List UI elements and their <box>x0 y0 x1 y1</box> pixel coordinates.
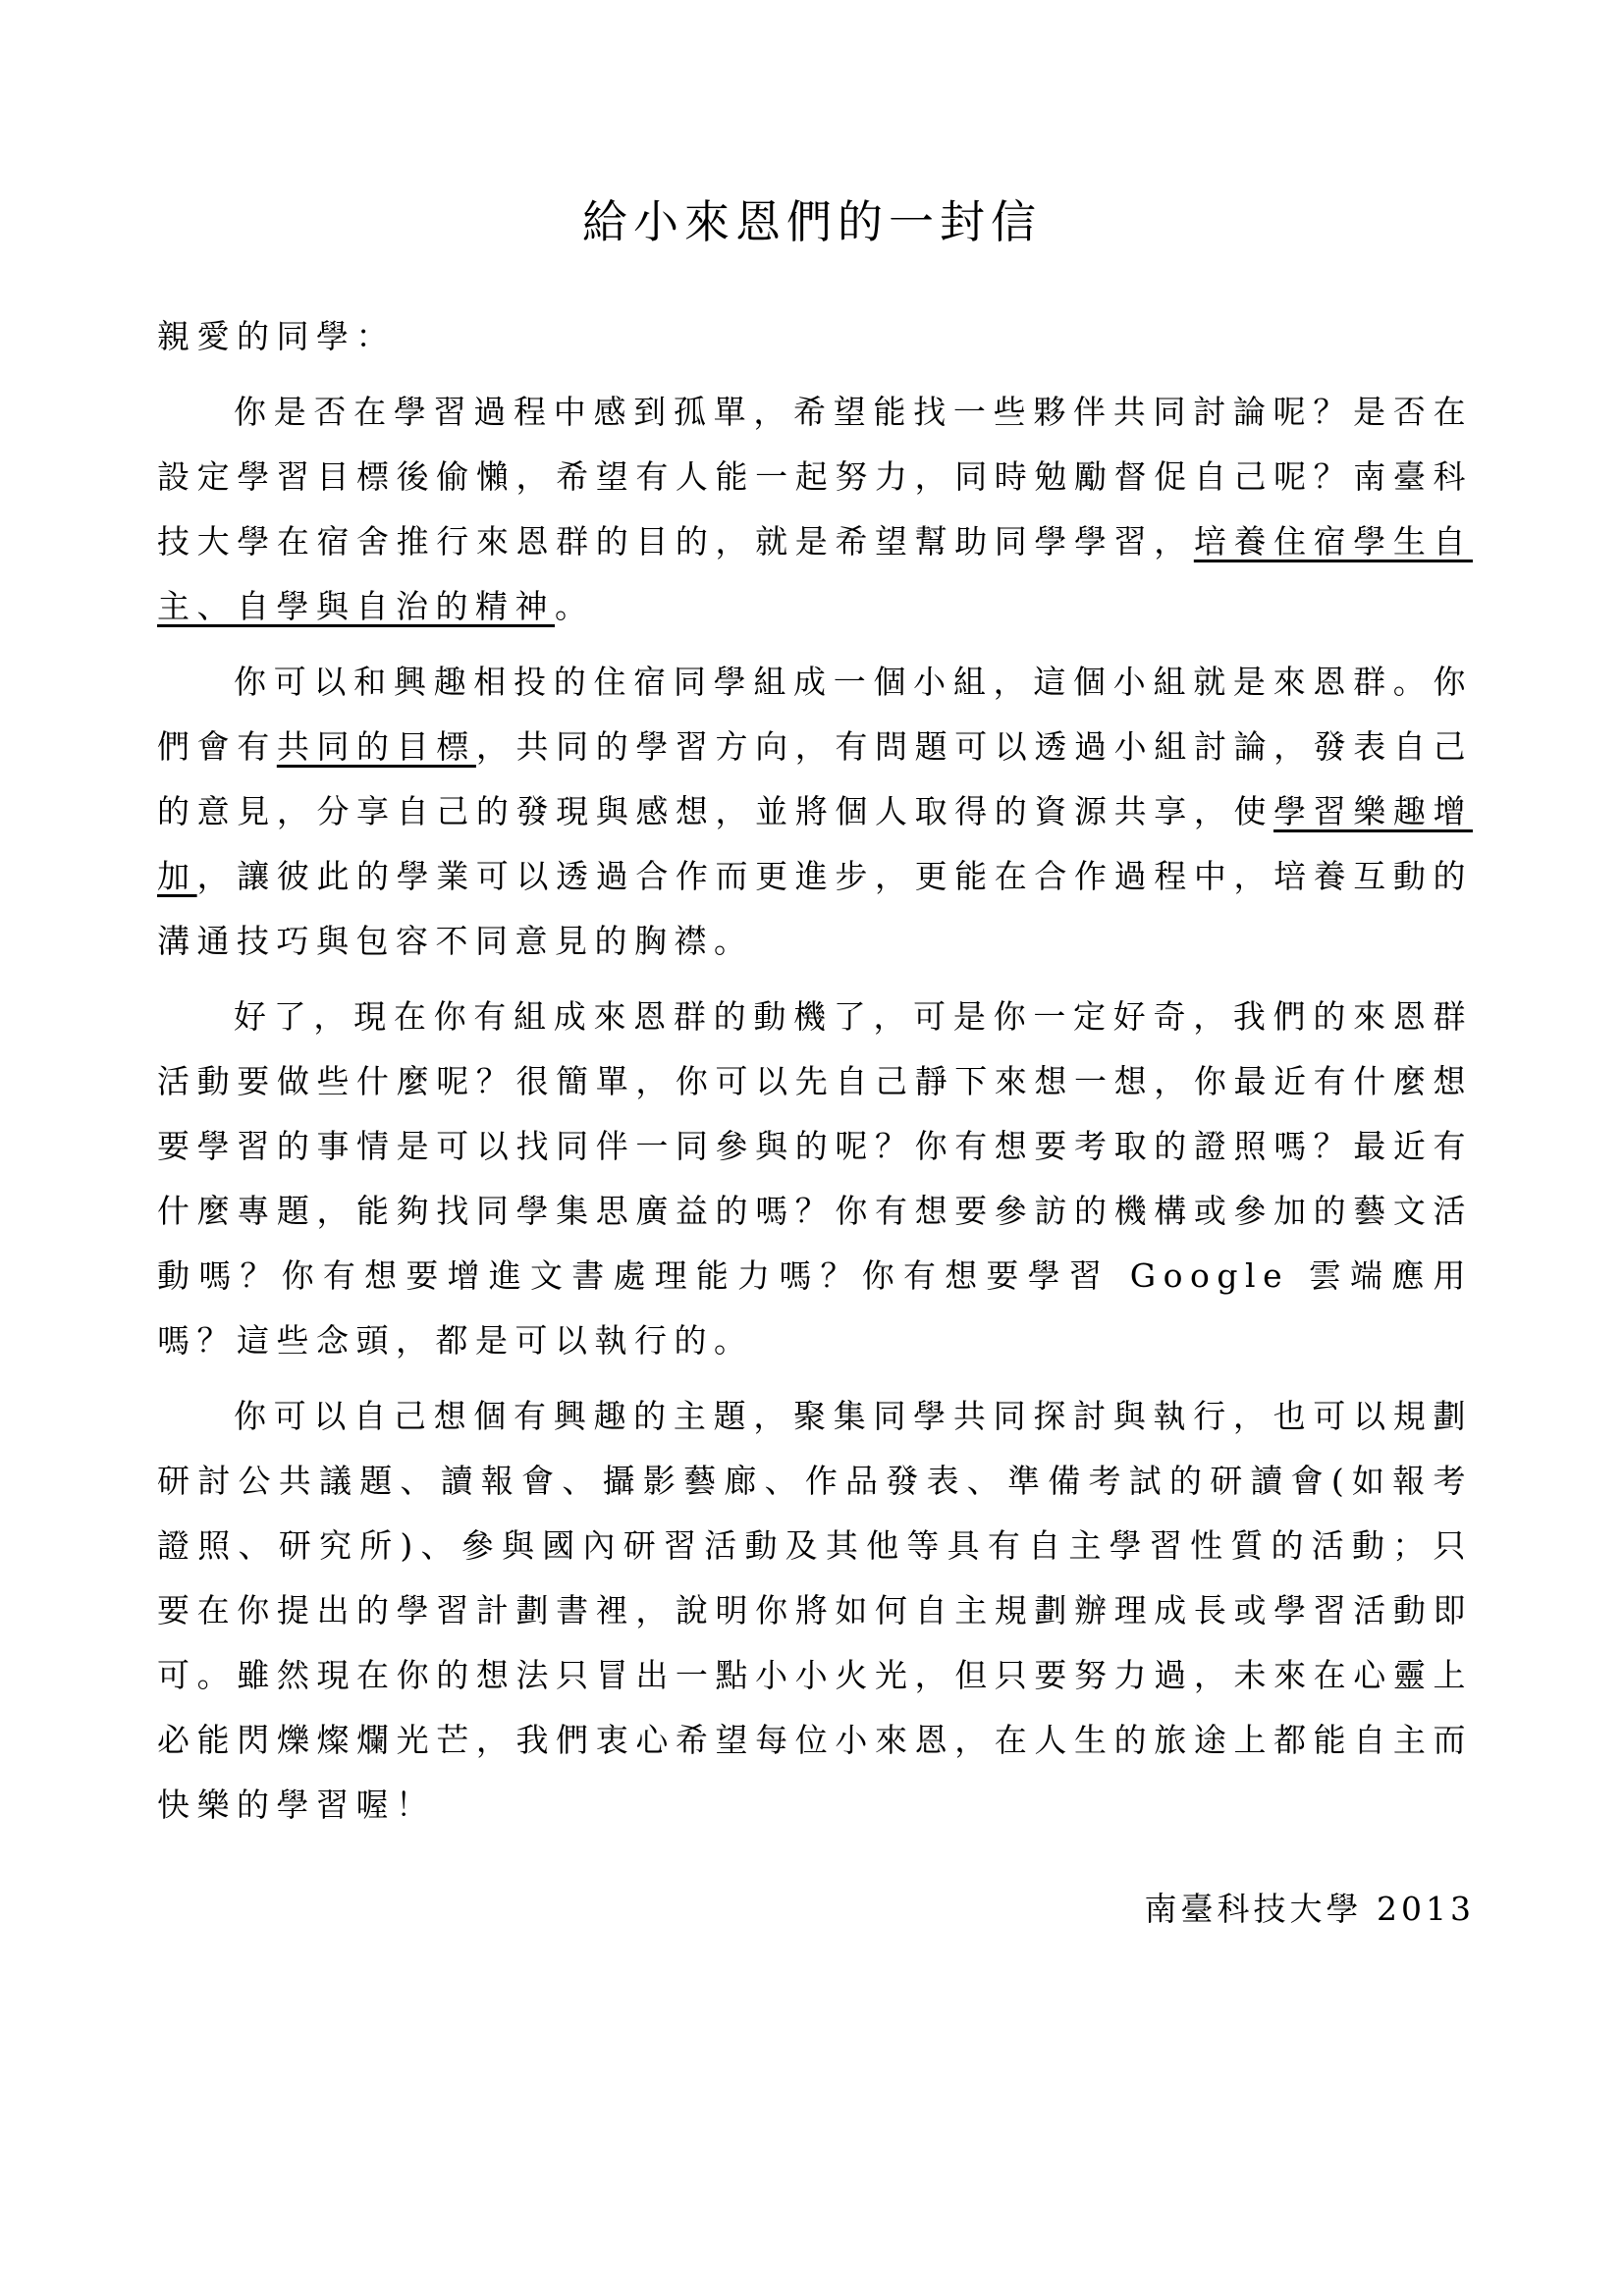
paragraph-4-text: 你可以自己想個有興趣的主題，聚集同學共同探討與執行，也可以規劃研討公共議題、讀報… <box>157 1397 1473 1824</box>
paragraph-1-end: 。 <box>555 587 595 625</box>
letter-body: 親愛的同學： 你是否在學習過程中感到孤單，希望能找一些夥伴共同討論呢？是否在設定… <box>157 304 1473 1848</box>
paragraph-3: 好了，現在你有組成來恩群的動機了，可是你一定好奇，我們的來恩群活動要做些什麼呢？… <box>157 985 1473 1373</box>
signature: 南臺科技大學 2013 <box>1145 1877 1475 1942</box>
letter-title: 給小來恩們的一封信 <box>0 187 1624 256</box>
paragraph-1: 你是否在學習過程中感到孤單，希望能找一些夥伴共同討論呢？是否在設定學習目標後偷懶… <box>157 380 1473 639</box>
paragraph-4: 你可以自己想個有興趣的主題，聚集同學共同探討與執行，也可以規劃研討公共議題、讀報… <box>157 1384 1473 1838</box>
paragraph-2: 你可以和興趣相投的住宿同學組成一個小組，這個小組就是來恩群。你們會有共同的目標，… <box>157 650 1473 974</box>
underlined-phrase-common-goal: 共同的目標 <box>277 727 476 766</box>
paragraph-3-text: 好了，現在你有組成來恩群的動機了，可是你一定好奇，我們的來恩群活動要做些什麼呢？… <box>157 997 1473 1360</box>
paragraph-2-text-c: ，讓彼此的學業可以透過合作而更進步，更能在合作過程中，培養互動的溝通技巧與包容不… <box>157 857 1473 960</box>
salutation: 親愛的同學： <box>157 304 1473 369</box>
document-page: 給小來恩們的一封信 親愛的同學： 你是否在學習過程中感到孤單，希望能找一些夥伴共… <box>0 0 1624 2296</box>
